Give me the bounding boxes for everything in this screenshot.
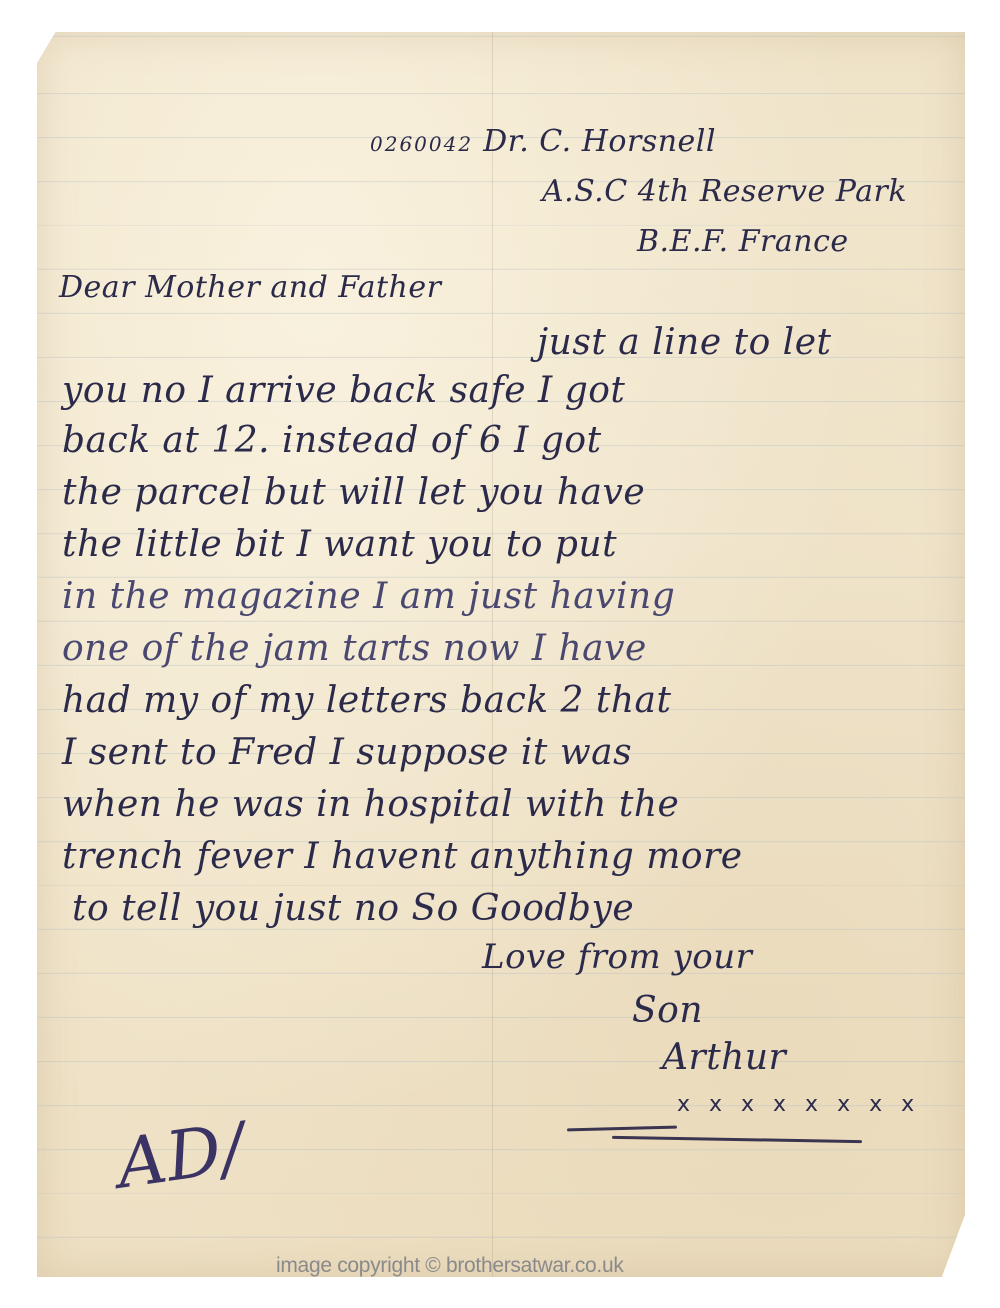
closing-love-from: Love from your (482, 937, 752, 977)
body-line: the little bit I want you to put (62, 524, 617, 565)
kisses: x x x x x x x x (677, 1092, 920, 1117)
closing-son: Son (632, 990, 703, 1031)
body-line: I sent to Fred I suppose it was (62, 732, 632, 773)
body-line: when he was in hospital with the (62, 784, 679, 825)
signature: Arthur (662, 1037, 786, 1078)
body-line: had my of my letters back 2 that (62, 680, 671, 721)
address-line-3: B.E.F. France (637, 224, 849, 259)
copyright-watermark: image copyright © brothersatwar.co.uk (276, 1254, 624, 1278)
body-line: the parcel but will let you have (62, 472, 645, 513)
salutation: Dear Mother and Father (59, 270, 441, 305)
body-line: in the magazine I am just having (62, 576, 675, 617)
body-line: back at 12. instead of 6 I got (62, 420, 602, 461)
sender-name: Dr. C. Horsnell (483, 124, 716, 159)
letter-paper: 0260042 Dr. C. Horsnell A.S.C 4th Reserv… (37, 32, 965, 1277)
body-line: you no I arrive back safe I got (62, 370, 625, 411)
body-line: just a line to let (537, 322, 831, 363)
address-line-1: 0260042 Dr. C. Horsnell (370, 124, 716, 159)
body-line: trench fever I havent anything more (62, 836, 743, 877)
body-line: one of the jam tarts now I have (62, 628, 647, 669)
service-number: 0260042 (370, 132, 473, 156)
address-line-2: A.S.C 4th Reserve Park (542, 174, 907, 209)
body-line: to tell you just no So Goodbye (72, 888, 634, 929)
